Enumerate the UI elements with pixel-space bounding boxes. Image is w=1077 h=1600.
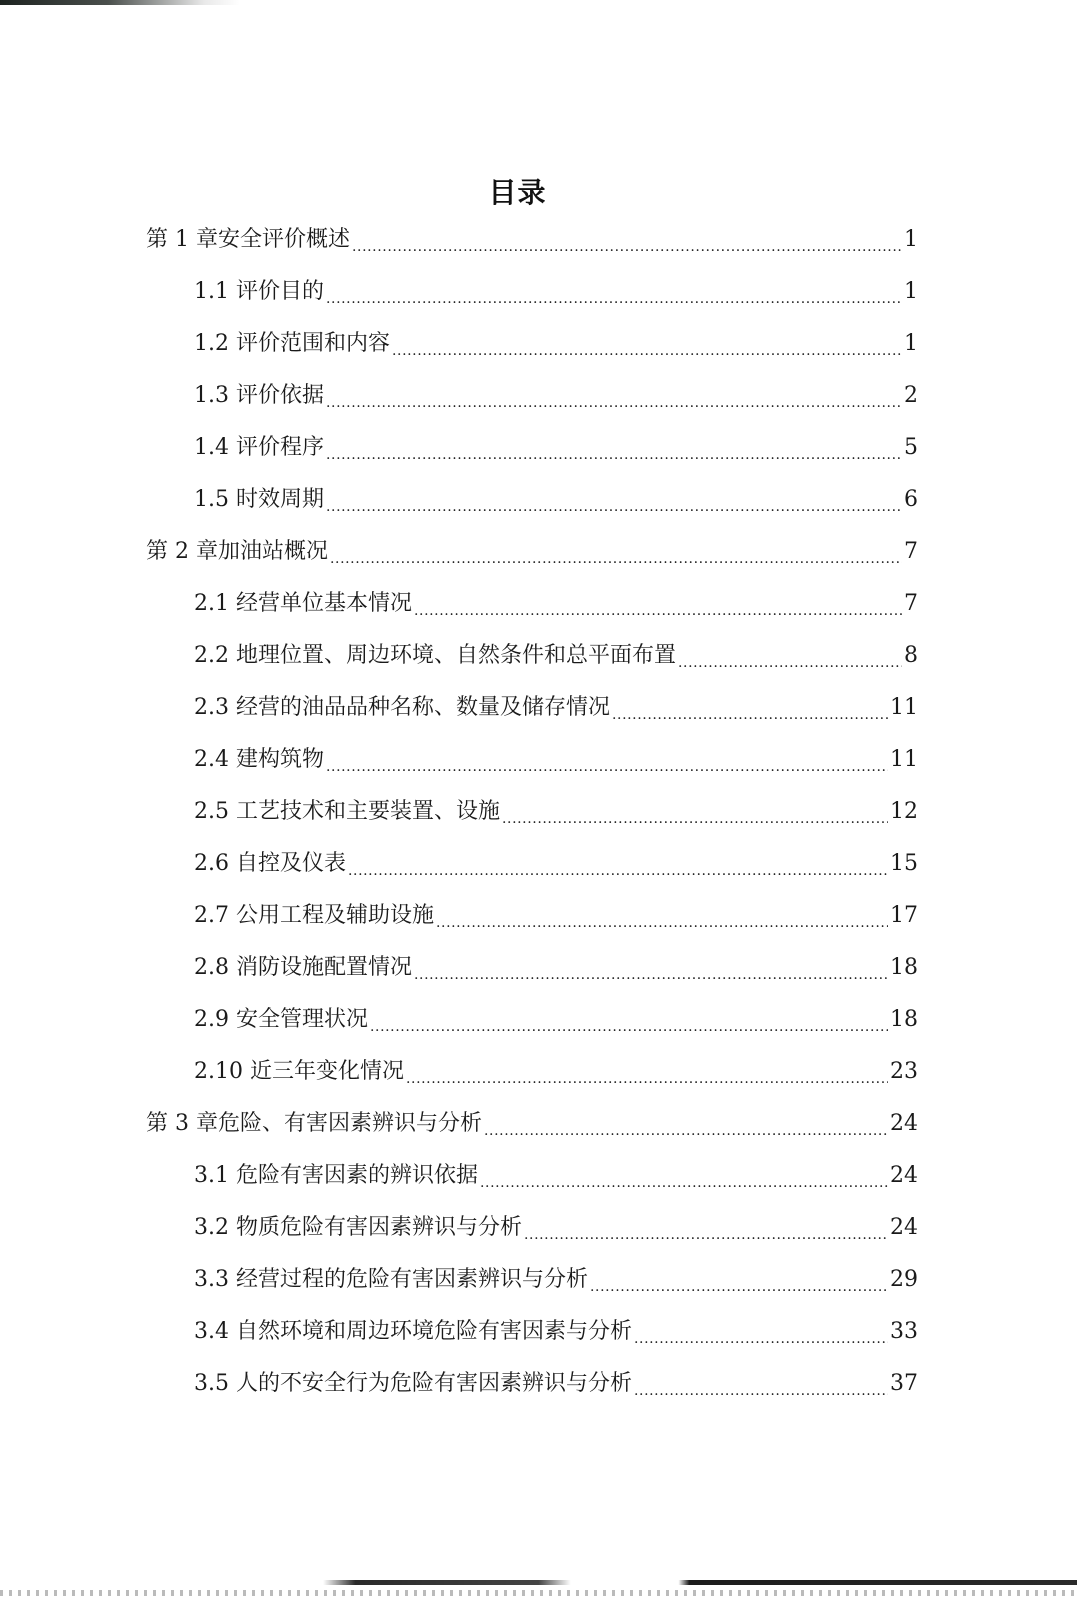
toc-entry-1-3[interactable]: 1.3 评价依据 2 [194,378,918,414]
toc-entry-page: 15 [888,846,918,882]
toc-entry-label: 2.8 消防设施配置情况 [194,950,414,986]
toc-entry-page: 17 [888,898,918,934]
toc-entry-label: 3.1 危险有害因素的辨识依据 [194,1158,480,1194]
toc-entry-3-2[interactable]: 3.2 物质危险有害因素辨识与分析 24 [194,1210,918,1246]
dot-leader [326,274,902,310]
scan-shadow-bottom [0,1572,1077,1600]
dot-leader [612,690,888,726]
dot-leader [326,742,888,778]
toc-entry-2-4[interactable]: 2.4 建构筑物 11 [194,742,918,778]
toc-entry-page: 23 [888,1054,918,1090]
toc-entry-2-2[interactable]: 2.2 地理位置、周边环境、自然条件和总平面布置 8 [194,638,918,674]
toc-entry-label: 2.6 自控及仪表 [194,846,348,882]
scan-shadow-top [0,0,240,5]
toc-entry-label: 2.4 建构筑物 [194,742,326,778]
toc-entry-label: 2.1 经营单位基本情况 [194,586,414,622]
toc-entry-label: 2.9 安全管理状况 [194,1002,370,1038]
dot-leader [348,846,888,882]
toc-entry-page: 7 [902,534,918,570]
toc-entry-label: 1.3 评价依据 [194,378,326,414]
toc-entry-label: 2.3 经营的油品品种名称、数量及储存情况 [194,690,612,726]
toc-entry-1-1[interactable]: 1.1 评价目的 1 [194,274,918,310]
toc-entry-label: 1.4 评价程序 [194,430,326,466]
dot-leader [590,1262,888,1298]
toc-entry-chapter-2[interactable]: 第 2 章加油站概况 7 [146,534,918,570]
toc-entry-label: 第 2 章加油站概况 [146,534,330,570]
toc-entry-page: 18 [888,1002,918,1038]
toc-entry-page: 24 [888,1158,918,1194]
dot-leader [678,638,902,674]
dot-leader [502,794,888,830]
toc-entry-label: 1.2 评价范围和内容 [194,326,392,362]
toc-entry-page: 33 [888,1314,918,1350]
toc-entry-2-8[interactable]: 2.8 消防设施配置情况 18 [194,950,918,986]
toc-entry-page: 2 [902,378,918,414]
toc-entry-3-4[interactable]: 3.4 自然环境和周边环境危险有害因素与分析 33 [194,1314,918,1350]
dot-leader [414,586,902,622]
toc-entry-page: 7 [902,586,918,622]
toc-entry-2-1[interactable]: 2.1 经营单位基本情况 7 [194,586,918,622]
toc-entry-page: 1 [902,326,918,362]
toc-entry-3-3[interactable]: 3.3 经营过程的危险有害因素辨识与分析 29 [194,1262,918,1298]
dot-leader [326,378,902,414]
toc-entry-page: 37 [888,1366,918,1402]
dot-leader [406,1054,888,1090]
dot-leader [326,430,902,466]
toc-entry-page: 6 [902,482,918,518]
toc-entry-2-9[interactable]: 2.9 安全管理状况 18 [194,1002,918,1038]
dot-leader [436,898,888,934]
toc-entry-3-1[interactable]: 3.1 危险有害因素的辨识依据 24 [194,1158,918,1194]
dot-leader [484,1106,888,1142]
dot-leader [392,326,902,362]
toc-entry-page: 11 [888,742,918,778]
toc-entry-2-3[interactable]: 2.3 经营的油品品种名称、数量及储存情况 11 [194,690,918,726]
toc-entry-page: 1 [902,222,918,258]
toc-entry-1-5[interactable]: 1.5 时效周期 6 [194,482,918,518]
page-title: 目录 [0,171,1035,211]
toc-entry-3-5[interactable]: 3.5 人的不安全行为危险有害因素辨识与分析 37 [194,1366,918,1402]
toc-entry-2-6[interactable]: 2.6 自控及仪表 15 [194,846,918,882]
toc-entry-label: 1.5 时效周期 [194,482,326,518]
toc-entry-page: 24 [888,1106,918,1142]
toc-entry-label: 3.2 物质危险有害因素辨识与分析 [194,1210,524,1246]
dot-leader [634,1366,888,1402]
dot-leader [370,1002,888,1038]
toc-entry-chapter-3[interactable]: 第 3 章危险、有害因素辨识与分析 24 [146,1106,918,1142]
dot-leader [524,1210,888,1246]
toc-entry-1-2[interactable]: 1.2 评价范围和内容 1 [194,326,918,362]
toc-entry-label: 3.4 自然环境和周边环境危险有害因素与分析 [194,1314,634,1350]
dot-leader [352,222,902,258]
toc-entry-2-7[interactable]: 2.7 公用工程及辅助设施 17 [194,898,918,934]
toc-entry-1-4[interactable]: 1.4 评价程序 5 [194,430,918,466]
toc-entry-chapter-1[interactable]: 第 1 章安全评价概述 1 [146,222,918,258]
toc-entry-label: 3.3 经营过程的危险有害因素辨识与分析 [194,1262,590,1298]
toc-entry-2-10[interactable]: 2.10 近三年变化情况 23 [194,1054,918,1090]
dot-leader [330,534,902,570]
toc-entry-label: 第 3 章危险、有害因素辨识与分析 [146,1106,484,1142]
toc-entry-label: 3.5 人的不安全行为危险有害因素辨识与分析 [194,1366,634,1402]
toc-entry-label: 1.1 评价目的 [194,274,326,310]
toc-entry-label: 2.5 工艺技术和主要装置、设施 [194,794,502,830]
dot-leader [480,1158,888,1194]
toc-entry-page: 1 [902,274,918,310]
toc-entry-2-5[interactable]: 2.5 工艺技术和主要装置、设施 12 [194,794,918,830]
dot-leader [634,1314,888,1350]
toc-entry-page: 24 [888,1210,918,1246]
dot-leader [414,950,888,986]
toc-entry-page: 5 [902,430,918,466]
toc-entry-label: 2.7 公用工程及辅助设施 [194,898,436,934]
toc-entry-label: 2.2 地理位置、周边环境、自然条件和总平面布置 [194,638,678,674]
toc-entry-page: 11 [888,690,918,726]
toc-entry-page: 29 [888,1262,918,1298]
toc-entry-page: 12 [888,794,918,830]
toc-entry-label: 第 1 章安全评价概述 [146,222,352,258]
toc-entry-page: 8 [902,638,918,674]
dot-leader [326,482,902,518]
toc-entry-label: 2.10 近三年变化情况 [194,1054,406,1090]
toc-entry-page: 18 [888,950,918,986]
